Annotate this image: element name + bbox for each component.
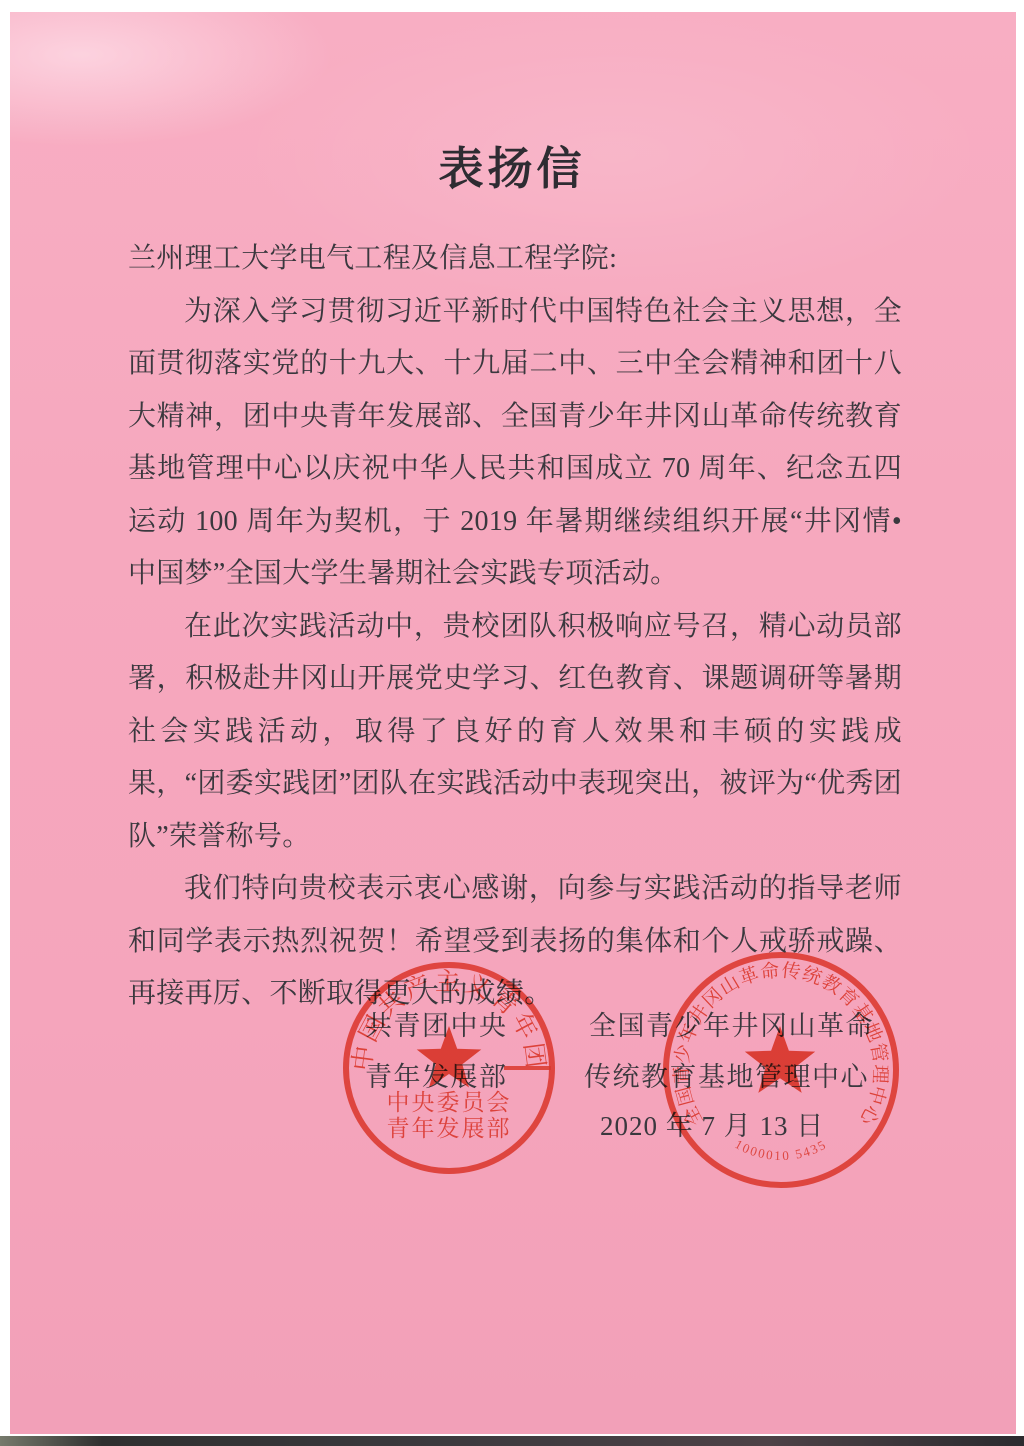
cyl-central-seal: 中国共产主义青年团 中央委员会 青年发展部 — [339, 958, 559, 1178]
jinggangshan-base-seal: 全国青少年井冈山革命传统教育基地管理中心 1000010 5435 — [656, 945, 906, 1195]
seal-right-star-icon — [745, 1026, 815, 1093]
paragraph-2: 在此次实践活动中，贵校团队积极响应号召，精心动员部署，积极赴井冈山开展党史学习、… — [128, 601, 902, 864]
seal-left-star-icon — [417, 1026, 482, 1088]
scanned-letter: 表扬信 兰州理工大学电气工程及信息工程学院: 为深入学习贯彻习近平新时代中国特色… — [0, 0, 1024, 1446]
seal-left-inner-line1: 中央委员会 — [387, 1090, 512, 1115]
svg-text:1000010 5435: 1000010 5435 — [732, 1136, 829, 1163]
scanner-edge-strip — [0, 1436, 1024, 1446]
salutation-line: 兰州理工大学电气工程及信息工程学院: — [128, 233, 902, 286]
paragraph-1: 为深入学习贯彻习近平新时代中国特色社会主义思想，全面贯彻落实党的十九大、十九届二… — [128, 286, 902, 601]
letter-body: 兰州理工大学电气工程及信息工程学院: 为深入学习贯彻习近平新时代中国特色社会主义… — [128, 233, 902, 1021]
seal-left-inner-line2: 青年发展部 — [387, 1116, 512, 1141]
letter-title: 表扬信 — [0, 132, 1024, 197]
seal-right-serial: 1000010 5435 — [732, 1136, 829, 1163]
